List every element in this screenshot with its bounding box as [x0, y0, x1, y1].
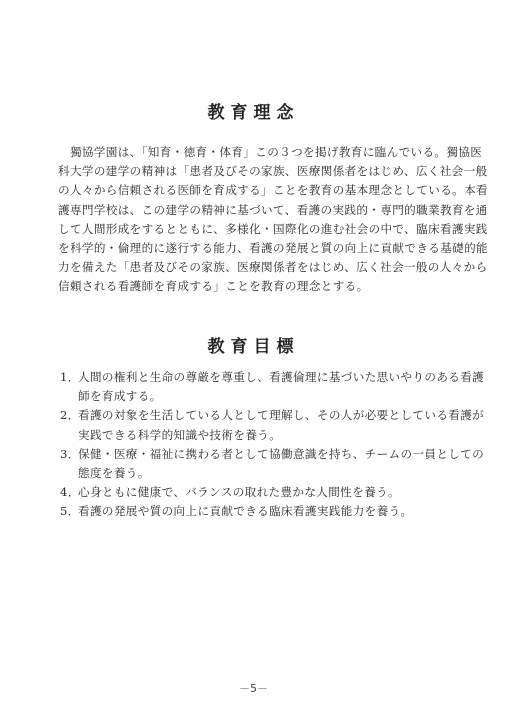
paragraph-line: 護専門学校は、この建学の精神に基づいて、看護の実践的・専門的職業教育を通 — [58, 201, 450, 220]
goal-item: 4．心身ともに健康で、バランスの取れた豊かな人間性を養う。 — [60, 483, 460, 502]
goal-item: 5．看護の発展や質の向上に貢献できる臨床看護実践能力を養う。 — [60, 502, 460, 521]
goal-number: 5． — [60, 502, 78, 521]
paragraph-line: 獨協学園は、「知育・徳育・体育」この３つを掲げ教育に臨んでいる。獨協医 — [58, 143, 450, 162]
goal-number: 3． — [60, 445, 78, 464]
paragraph-line: 力を備えた「患者及びその家族、医療関係者をはじめ、広く社会一般の人々から — [58, 258, 450, 277]
philosophy-heading: 教育理念 — [0, 98, 507, 123]
paragraph-line: を科学的・倫理的に遂行する能力、看護の発展と質の向上に貢献できる基礎的能 — [58, 239, 450, 258]
document-page: 教育理念 獨協学園は、「知育・徳育・体育」この３つを掲げ教育に臨んでいる。獨協医… — [0, 0, 507, 720]
paragraph-line: 科大学の建学の精神は「患者及びその家族、医療関係者をはじめ、広く社会一般 — [58, 162, 450, 181]
goal-number: 2． — [60, 406, 78, 425]
paragraph-line: の人々から信頼される医師を育成する」ことを教育の基本理念としている。本看 — [58, 181, 450, 200]
goals-heading: 教育目標 — [0, 332, 507, 357]
goal-text: 看護の対象を生活している人として理解し、その人が必要としている看護が — [78, 408, 484, 422]
goal-text-continued: 態度を養う。 — [60, 464, 460, 483]
goal-item: 2．看護の対象を生活している人として理解し、その人が必要としている看護が 実践で… — [60, 406, 460, 444]
goal-text: 看護の発展や質の向上に貢献できる臨床看護実践能力を養う。 — [78, 504, 412, 518]
goal-item: 1．人間の権利と生命の尊厳を尊重し、看護倫理に基づいた思いやりのある看護 師を育… — [60, 368, 460, 406]
goal-text-continued: 師を育成する。 — [60, 387, 460, 406]
goal-text: 保健・医療・福祉に携わる者として協働意識を持ち、チームの一員としての — [78, 447, 484, 461]
goal-item: 3．保健・医療・福祉に携わる者として協働意識を持ち、チームの一員としての 態度を… — [60, 445, 460, 483]
page-number: －5－ — [0, 680, 507, 696]
goal-text-continued: 実践できる科学的知識や技術を養う。 — [60, 426, 460, 445]
goal-number: 4． — [60, 483, 78, 502]
paragraph-line: 信頼される看護師を育成する」ことを教育の理念とする。 — [58, 277, 450, 296]
philosophy-paragraph: 獨協学園は、「知育・徳育・体育」この３つを掲げ教育に臨んでいる。獨協医 科大学の… — [58, 143, 450, 297]
paragraph-line: して人間形成をするとともに、多様化・国際化の進む社会の中で、臨床看護実践 — [58, 220, 450, 239]
goal-text: 人間の権利と生命の尊厳を尊重し、看護倫理に基づいた思いやりのある看護 — [78, 370, 484, 384]
goal-number: 1． — [60, 368, 78, 387]
goal-text: 心身ともに健康で、バランスの取れた豊かな人間性を養う。 — [78, 485, 400, 499]
goals-list: 1．人間の権利と生命の尊厳を尊重し、看護倫理に基づいた思いやりのある看護 師を育… — [60, 368, 460, 522]
